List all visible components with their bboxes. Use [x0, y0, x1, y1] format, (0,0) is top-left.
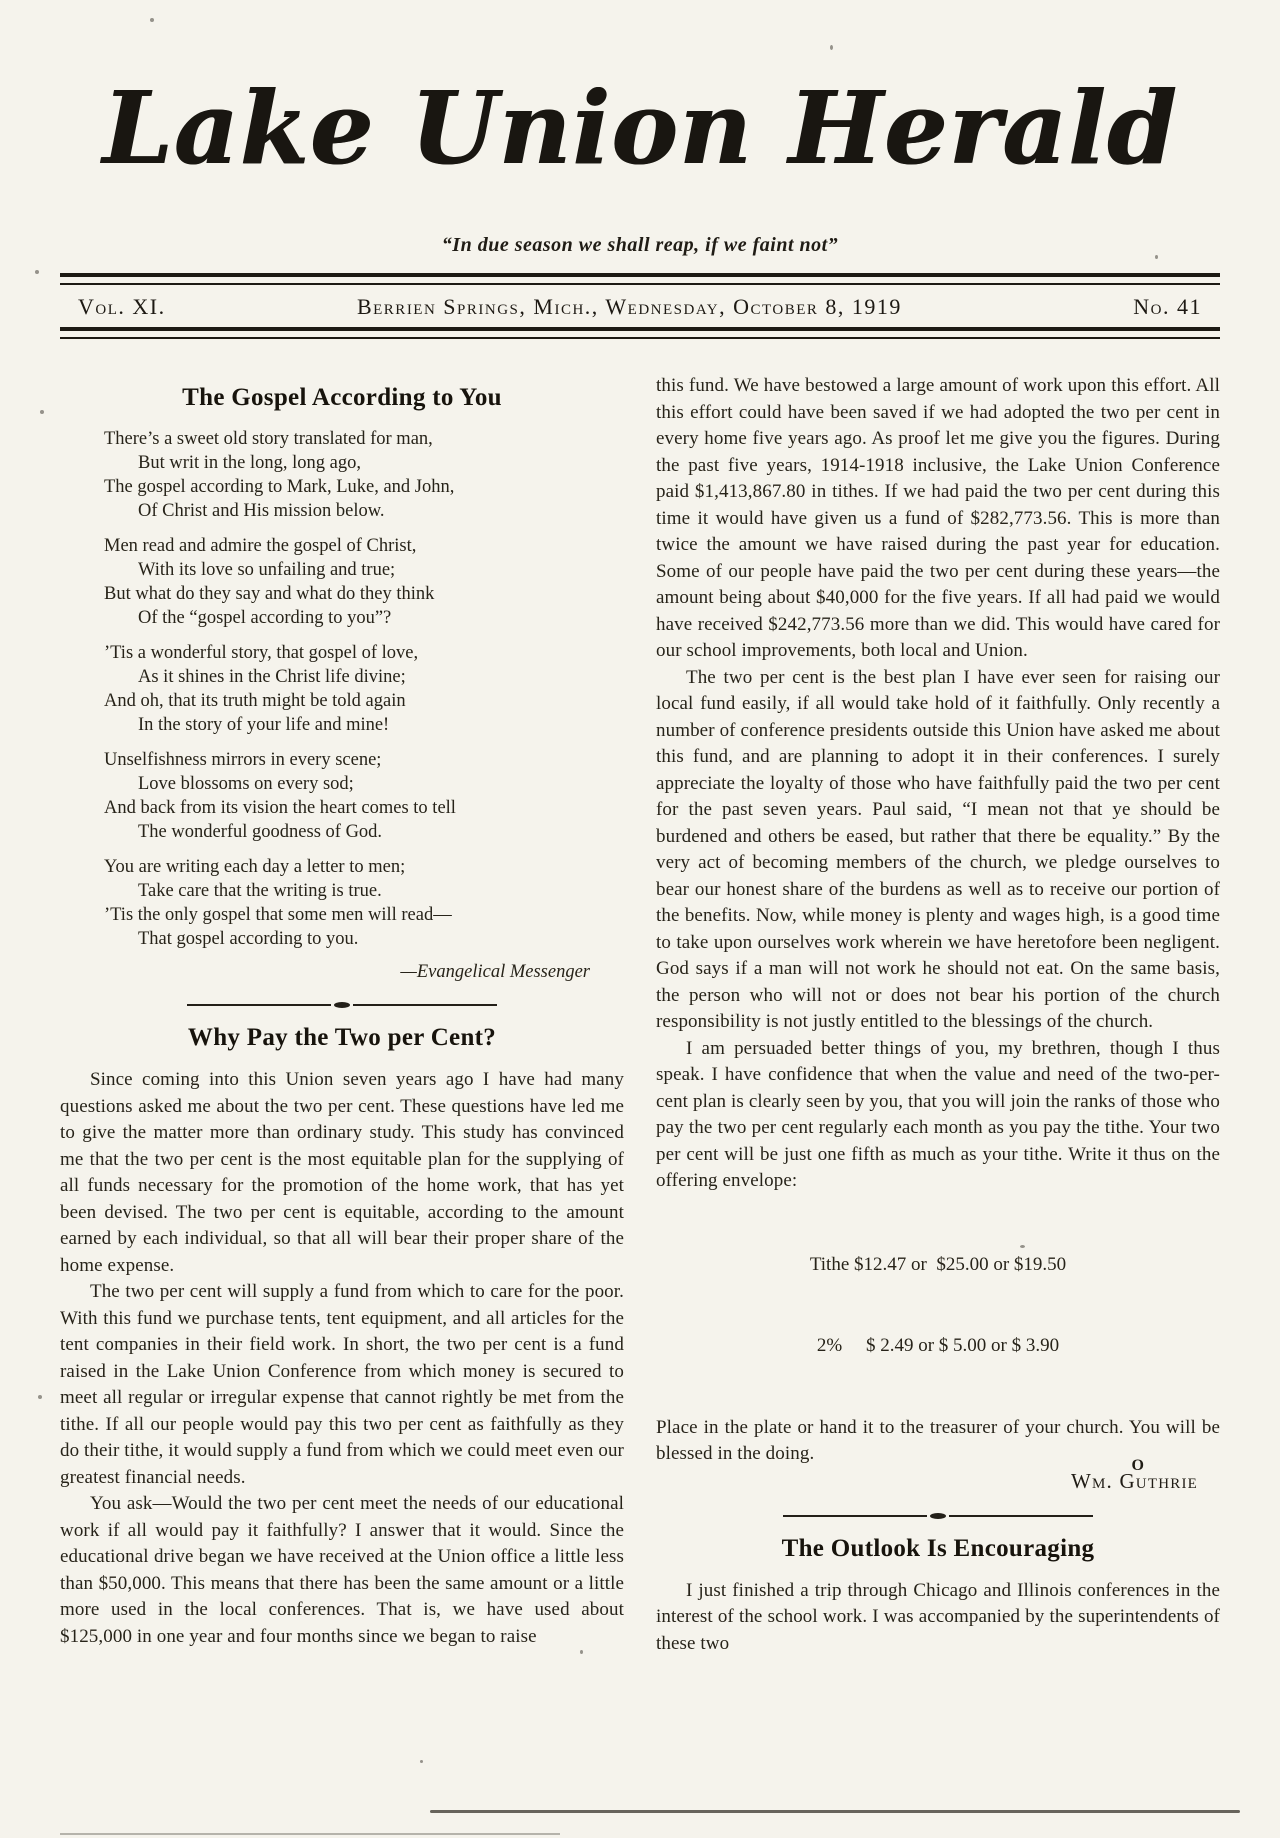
- poem: There’s a sweet old story translated for…: [60, 427, 624, 951]
- dateline-location-date: Berrien Springs, Mich., Wednesday, Octob…: [166, 294, 1134, 320]
- paragraph: I just finished a trip through Chicago a…: [656, 1578, 1220, 1658]
- poem-line: Men read and admire the gospel of Christ…: [104, 534, 624, 558]
- masthead-title: Lake Union Herald: [60, 48, 1220, 208]
- poem-line: ’Tis a wonderful story, that gospel of l…: [104, 641, 624, 665]
- scan-speck: [40, 410, 44, 414]
- tithe-line: 2% $ 2.49 or $ 5.00 or $ 3.90: [656, 1332, 1220, 1359]
- poem-line: Of Christ and His mission below.: [104, 499, 624, 523]
- scan-edge-line: [60, 1833, 560, 1835]
- poem-line: But what do they say and what do they th…: [104, 582, 624, 606]
- tithe-table: Tithe $12.47 or $25.00 or $19.50 2% $ 2.…: [656, 1197, 1220, 1413]
- poem-attribution: —Evangelical Messenger: [60, 962, 590, 983]
- left-column: The Gospel According to You There’s a sw…: [60, 373, 624, 1657]
- paragraph: Since coming into this Union seven years…: [60, 1067, 624, 1279]
- poem-line: With its love so unfailing and true;: [104, 558, 624, 582]
- poem-stanza: You are writing each day a letter to men…: [104, 855, 624, 951]
- section-divider: [187, 1001, 497, 1009]
- poem-line: In the story of your life and mine!: [104, 713, 624, 737]
- poem-line: Take care that the writing is true.: [104, 879, 624, 903]
- signature: O Wm. Guthrie: [656, 1468, 1220, 1494]
- divider-diamond-icon: [334, 1002, 350, 1008]
- poem-line: That gospel according to you.: [104, 927, 624, 951]
- poem-line: Love blossoms on every sod;: [104, 772, 624, 796]
- motto: “In due season we shall reap, if we fain…: [60, 234, 1220, 257]
- scan-speck: [420, 1760, 423, 1763]
- paragraph: The two per cent is the best plan I have…: [656, 665, 1220, 1036]
- paragraph: You ask—Would the two per cent meet the …: [60, 1491, 624, 1650]
- scan-speck: [1020, 1245, 1025, 1248]
- scan-speck: [580, 1650, 583, 1654]
- poem-line: But writ in the long, long ago,: [104, 451, 624, 475]
- dateline: Vol. XI. Berrien Springs, Mich., Wednesd…: [60, 285, 1220, 327]
- paragraph: The two per cent will supply a fund from…: [60, 1279, 624, 1491]
- poem-line: And oh, that its truth might be told aga…: [104, 689, 624, 713]
- paragraph: this fund. We have bestowed a large amou…: [656, 373, 1220, 665]
- double-rule-top: [60, 273, 1220, 285]
- print-artifact-o: O: [1132, 1453, 1144, 1479]
- scan-speck: [1155, 255, 1158, 259]
- scan-speck: [150, 18, 154, 22]
- divider-diamond-icon: [930, 1513, 946, 1519]
- newspaper-page: Lake Union Herald “In due season we shal…: [60, 0, 1220, 1838]
- paragraph: I am persuaded better things of you, my …: [656, 1036, 1220, 1195]
- article-title-outlook: The Outlook Is Encouraging: [656, 1534, 1220, 1564]
- poem-line: As it shines in the Christ life divine;: [104, 665, 624, 689]
- poem-line: And back from its vision the heart comes…: [104, 796, 624, 820]
- article-columns: The Gospel According to You There’s a sw…: [60, 373, 1220, 1657]
- poem-line: The gospel according to Mark, Luke, and …: [104, 475, 624, 499]
- scan-speck: [35, 270, 39, 274]
- poem-line: The wonderful goodness of God.: [104, 820, 624, 844]
- poem-stanza: ’Tis a wonderful story, that gospel of l…: [104, 641, 624, 737]
- double-rule-bottom: [60, 327, 1220, 339]
- poem-stanza: There’s a sweet old story translated for…: [104, 427, 624, 523]
- scan-speck: [38, 1395, 42, 1399]
- scan-speck: [830, 45, 833, 50]
- masthead: Lake Union Herald “In due season we shal…: [60, 0, 1220, 257]
- poem-line: Of the “gospel according to you”?: [104, 606, 624, 630]
- article-title-two-per-cent: Why Pay the Two per Cent?: [60, 1023, 624, 1053]
- tithe-line: Tithe $12.47 or $25.00 or $19.50: [656, 1251, 1220, 1278]
- poem-line: There’s a sweet old story translated for…: [104, 427, 624, 451]
- article-title-gospel: The Gospel According to You: [60, 383, 624, 413]
- scan-edge-line: [430, 1810, 1240, 1813]
- poem-stanza: Men read and admire the gospel of Christ…: [104, 534, 624, 630]
- poem-stanza: Unselfishness mirrors in every scene;Lov…: [104, 748, 624, 844]
- right-column: this fund. We have bestowed a large amou…: [656, 373, 1220, 1657]
- section-divider: [783, 1512, 1093, 1520]
- poem-line: ’Tis the only gospel that some men will …: [104, 903, 624, 927]
- poem-line: Unselfishness mirrors in every scene;: [104, 748, 624, 772]
- volume-label: Vol. XI.: [78, 294, 166, 320]
- issue-number: No. 41: [1133, 294, 1202, 320]
- poem-line: You are writing each day a letter to men…: [104, 855, 624, 879]
